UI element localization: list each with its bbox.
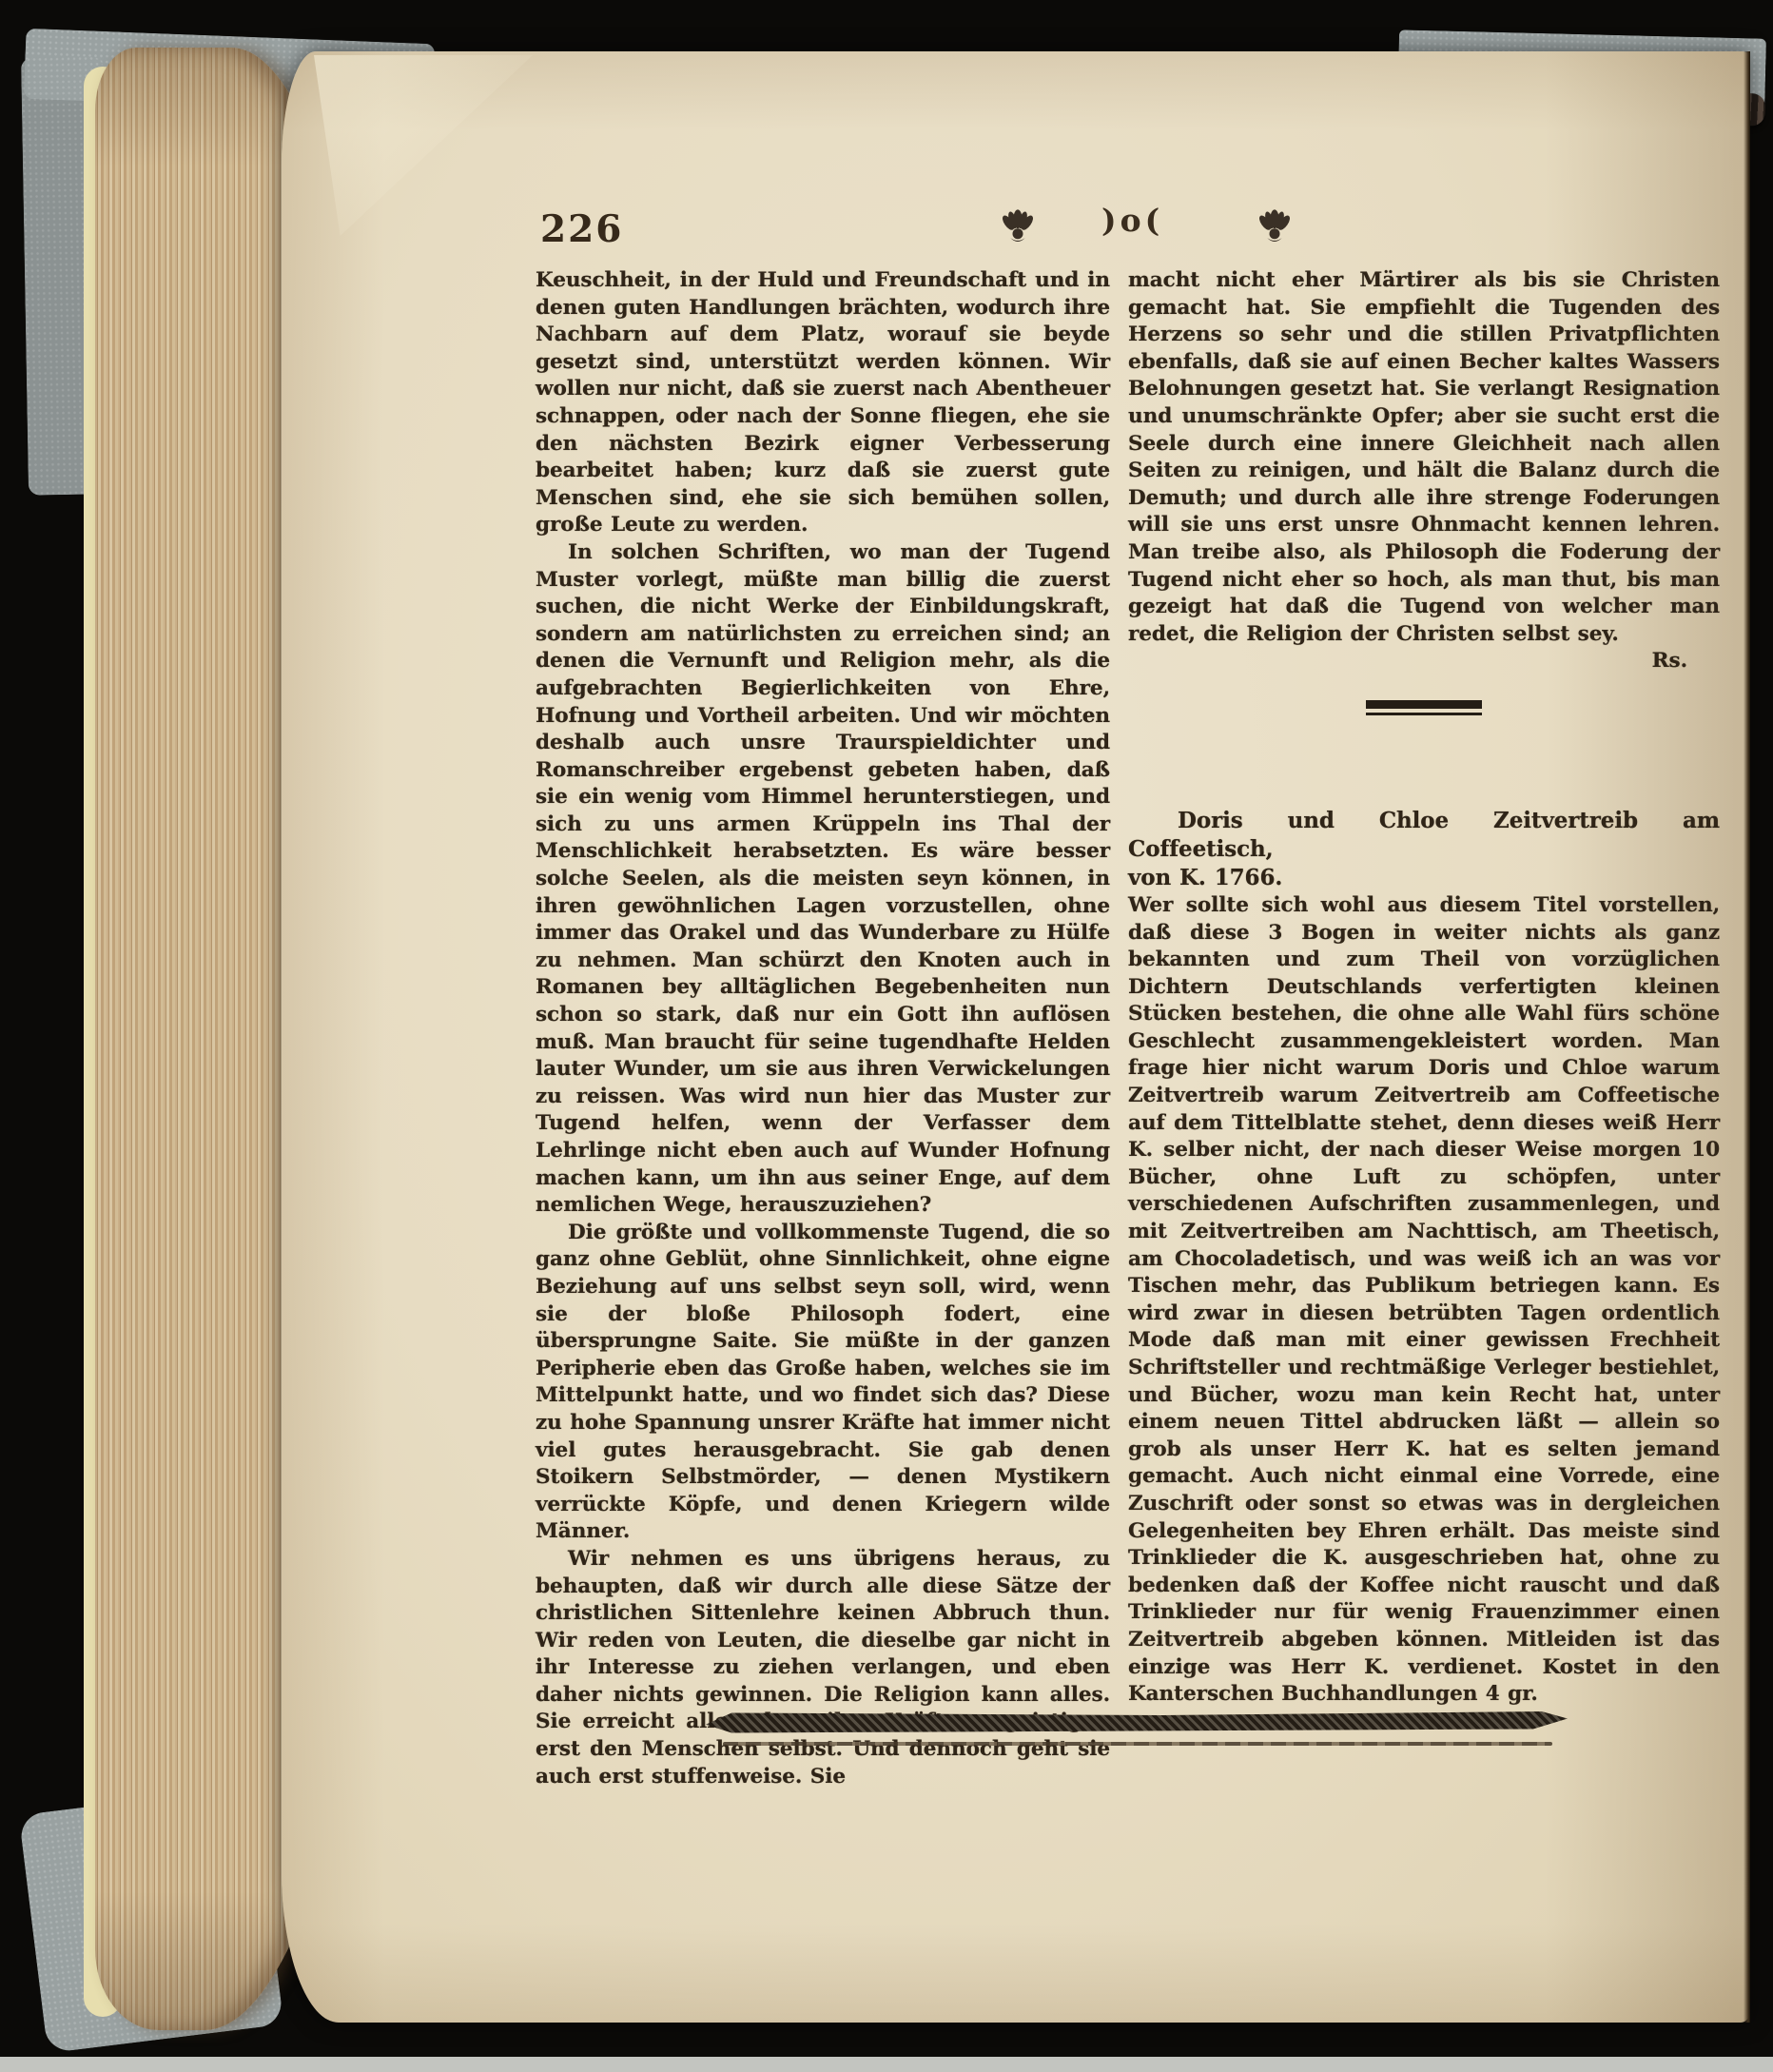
paragraph: Wer sollte sich wohl aus diesem Titel vo… [1128, 892, 1720, 1709]
header-center-mark: )o( [1101, 202, 1163, 239]
paragraph: In solchen Schriften, wo man der Tugend … [536, 539, 1110, 1220]
book-gutter-shadow [1744, 51, 1750, 2023]
text-column-right: macht nicht eher Märtirer als bis sie Ch… [1128, 267, 1720, 1709]
article-heading: Doris und Chloe Zeitvertreib am Coffeeti… [1128, 807, 1720, 892]
text-column-left: Keuschheit, in der Huld und Freundschaft… [536, 267, 1110, 1790]
page-number: 226 [540, 207, 623, 251]
scan-table-edge [0, 2057, 1773, 2072]
article-heading-line2: von K. 1766. [1128, 864, 1720, 892]
shell-ornament-icon [997, 207, 1039, 249]
shell-ornament-icon [1254, 207, 1296, 249]
article-signature: Rs. [1128, 648, 1720, 675]
book-scan-photo: 226 )o( [0, 0, 1773, 2072]
paragraph: Die größte und vollkommenste Tugend, die… [536, 1220, 1110, 1546]
bottom-tailpiece-underline [723, 1742, 1552, 1746]
paragraph: Wir nehmen es uns übrigens heraus, zu be… [536, 1546, 1110, 1790]
paragraph: macht nicht eher Märtirer als bis sie Ch… [1128, 267, 1720, 648]
section-divider-rule [1366, 700, 1482, 715]
paragraph: Keuschheit, in der Huld und Freundschaft… [536, 267, 1110, 539]
article-heading-line1: Doris und Chloe Zeitvertreib am Coffeeti… [1128, 807, 1720, 864]
